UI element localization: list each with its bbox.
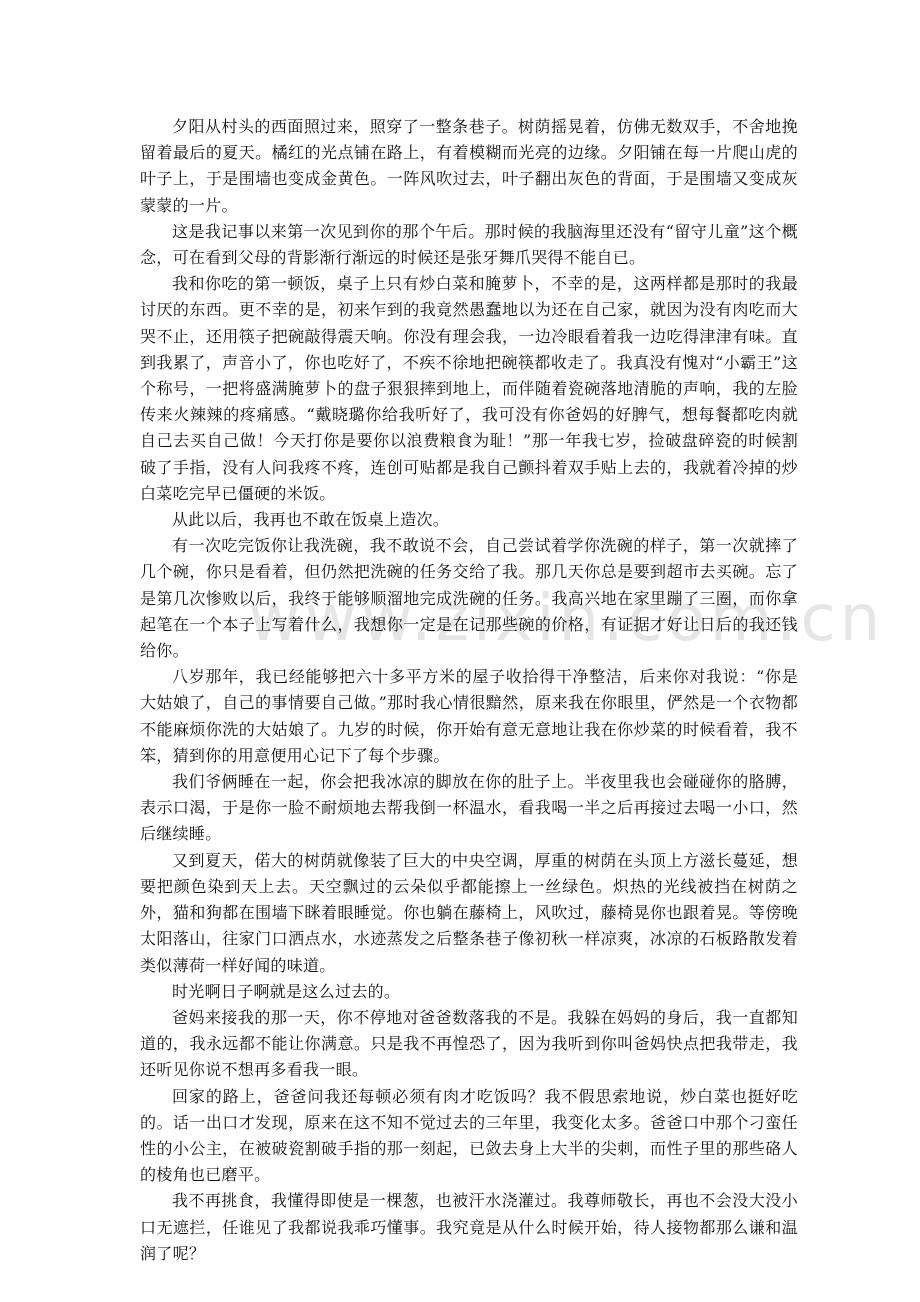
document-body: 夕阳从村头的西面照过来，照穿了一整条巷子。树荫摇晃着，仿佛无数双手，不舍地挽留着… (140, 114, 798, 1267)
paragraph-8: 又到夏天，偌大的树荫就像装了巨大的中央空调，厚重的树荫在头顶上方滋长蔓延，想要把… (140, 848, 798, 979)
paragraph-11: 回家的路上，爸爸问我还每顿必须有肉才吃饭吗？我不假思索地说，炒白菜也挺好吃的。话… (140, 1084, 798, 1189)
paragraph-12: 我不再挑食，我懂得即使是一棵葱，也被汗水浇灌过。我尊师敬长，再也不会没大没小口无… (140, 1188, 798, 1267)
paragraph-7: 我们爷俩睡在一起，你会把我冰凉的脚放在你的肚子上。半夜里我也会碰碰你的胳膊，表示… (140, 769, 798, 848)
paragraph-9: 时光啊日子啊就是这么过去的。 (140, 979, 798, 1005)
paragraph-10: 爸妈来接我的那一天，你不停地对爸爸数落我的不是。我躲在妈妈的身后，我一直都知道的… (140, 1005, 798, 1084)
paragraph-3: 我和你吃的第一顿饭，桌子上只有炒白菜和腌萝卜，不幸的是，这两样都是那时的我最讨厌… (140, 271, 798, 507)
paragraph-4: 从此以后，我再也不敢在饭桌上造次。 (140, 507, 798, 533)
paragraph-6: 八岁那年，我已经能够把六十多平方米的屋子收拾得干净整洁，后来你对我说：“你是大姑… (140, 664, 798, 769)
paragraph-1: 夕阳从村头的西面照过来，照穿了一整条巷子。树荫摇晃着，仿佛无数双手，不舍地挽留着… (140, 114, 798, 219)
paragraph-5: 有一次吃完饭你让我洗碗，我不敢说不会，自己尝试着学你洗碗的样子，第一次就摔了几个… (140, 533, 798, 664)
paragraph-2: 这是我记事以来第一次见到你的那个午后。那时候的我脑海里还没有“留守儿童”这个概念… (140, 219, 798, 271)
